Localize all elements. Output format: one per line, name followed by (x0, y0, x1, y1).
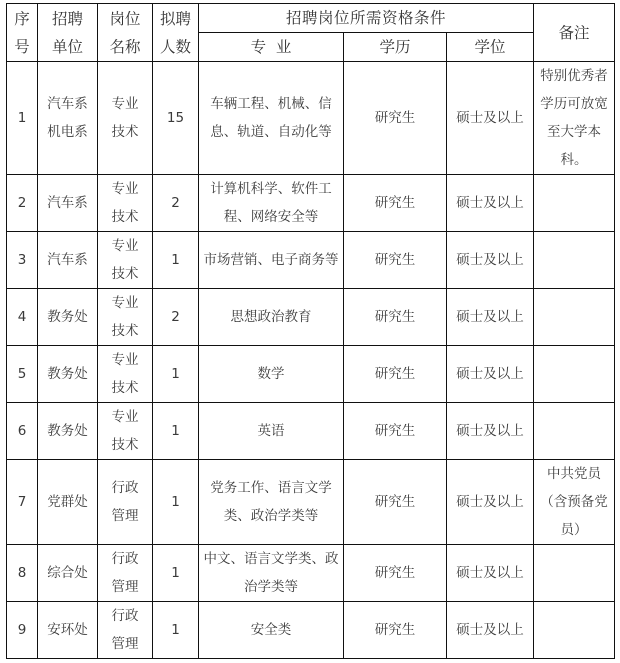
cell-remarks (534, 403, 615, 460)
cell-position: 专业技术 (98, 175, 153, 232)
cell-position-line: 行政 (101, 602, 149, 630)
cell-unit: 教务处 (38, 403, 98, 460)
cell-unit-line: 教务处 (41, 303, 94, 331)
cell-count: 1 (153, 232, 199, 289)
cell-unit-line: 汽车系 (41, 189, 94, 217)
cell-remarks-line: 中共党员 (537, 460, 611, 488)
cell-remarks: 中共党员（含预备党员） (534, 460, 615, 545)
cell-position-line: 专业 (101, 175, 149, 203)
cell-education: 研究生 (344, 346, 447, 403)
cell-major: 思想政治教育 (199, 289, 344, 346)
header-unit: 招聘 单位 (38, 4, 98, 62)
cell-seq: 1 (7, 62, 38, 175)
table-row: 7党群处行政管理1党务工作、语言文学类、政治学类等研究生硕士及以上中共党员（含预… (7, 460, 615, 545)
cell-position-line: 技术 (101, 374, 149, 402)
cell-education: 研究生 (344, 460, 447, 545)
cell-education: 研究生 (344, 289, 447, 346)
cell-remarks-line: 员） (537, 516, 611, 544)
cell-unit: 汽车系机电系 (38, 62, 98, 175)
cell-education: 研究生 (344, 232, 447, 289)
cell-major-line: 思想政治教育 (202, 303, 340, 331)
cell-major-line: 党务工作、语言文学 (202, 474, 340, 502)
cell-major-line: 英语 (202, 417, 340, 445)
cell-degree: 硕士及以上 (447, 62, 534, 175)
cell-position: 专业技术 (98, 346, 153, 403)
cell-position: 专业技术 (98, 232, 153, 289)
cell-remarks (534, 346, 615, 403)
cell-unit: 汽车系 (38, 175, 98, 232)
cell-degree: 硕士及以上 (447, 346, 534, 403)
cell-major-line: 数学 (202, 360, 340, 388)
header-education: 学历 (344, 33, 447, 62)
cell-position-line: 专业 (101, 403, 149, 431)
recruitment-table: 序 号 招聘 单位 岗位 名称 拟聘 人数 招聘岗位所需资格条件 备注 专 业 … (6, 3, 615, 659)
cell-unit: 汽车系 (38, 232, 98, 289)
cell-unit: 综合处 (38, 545, 98, 602)
cell-degree: 硕士及以上 (447, 460, 534, 545)
cell-major: 车辆工程、机械、信息、轨道、自动化等 (199, 62, 344, 175)
cell-education: 研究生 (344, 62, 447, 175)
cell-position-line: 管理 (101, 630, 149, 658)
cell-position-line: 技术 (101, 118, 149, 146)
cell-major: 计算机科学、软件工程、网络安全等 (199, 175, 344, 232)
cell-degree: 硕士及以上 (447, 545, 534, 602)
cell-remarks (534, 602, 615, 659)
cell-seq: 7 (7, 460, 38, 545)
cell-count: 1 (153, 602, 199, 659)
header-seq: 序 号 (7, 4, 38, 62)
header-count-line1: 拟聘 (156, 5, 195, 33)
cell-remarks-line: 特别优秀者 (537, 62, 611, 90)
table-row: 3汽车系专业技术1市场营销、电子商务等研究生硕士及以上 (7, 232, 615, 289)
cell-remarks: 特别优秀者学历可放宽至大学本科。 (534, 62, 615, 175)
cell-seq: 6 (7, 403, 38, 460)
cell-seq: 5 (7, 346, 38, 403)
cell-unit: 安环处 (38, 602, 98, 659)
cell-unit: 党群处 (38, 460, 98, 545)
cell-education: 研究生 (344, 602, 447, 659)
cell-major: 党务工作、语言文学类、政治学类等 (199, 460, 344, 545)
cell-position-line: 行政 (101, 474, 149, 502)
header-position-line2: 名称 (101, 33, 149, 61)
cell-degree: 硕士及以上 (447, 602, 534, 659)
table-body: 1汽车系机电系专业技术15车辆工程、机械、信息、轨道、自动化等研究生硕士及以上特… (7, 62, 615, 659)
cell-count: 1 (153, 460, 199, 545)
header-row-top: 序 号 招聘 单位 岗位 名称 拟聘 人数 招聘岗位所需资格条件 备注 (7, 4, 615, 33)
cell-remarks-line: （含预备党 (537, 488, 611, 516)
cell-count: 2 (153, 175, 199, 232)
cell-remarks (534, 232, 615, 289)
table-row: 2汽车系专业技术2计算机科学、软件工程、网络安全等研究生硕士及以上 (7, 175, 615, 232)
cell-degree: 硕士及以上 (447, 403, 534, 460)
cell-major-line: 中文、语言文学类、政 (202, 545, 340, 573)
cell-position: 专业技术 (98, 62, 153, 175)
cell-major: 安全类 (199, 602, 344, 659)
cell-remarks-line: 至大学本 (537, 118, 611, 146)
cell-major-line: 类、政治学类等 (202, 502, 340, 530)
cell-unit-line: 教务处 (41, 360, 94, 388)
cell-count: 1 (153, 346, 199, 403)
cell-count: 15 (153, 62, 199, 175)
table-row: 5教务处专业技术1数学研究生硕士及以上 (7, 346, 615, 403)
cell-degree: 硕士及以上 (447, 175, 534, 232)
table-row: 8综合处行政管理1中文、语言文学类、政治学类等研究生硕士及以上 (7, 545, 615, 602)
cell-position-line: 专业 (101, 232, 149, 260)
cell-major-line: 市场营销、电子商务等 (202, 246, 340, 274)
cell-position-line: 专业 (101, 289, 149, 317)
cell-unit-line: 汽车系 (41, 246, 94, 274)
header-count-line2: 人数 (156, 33, 195, 61)
cell-unit-line: 教务处 (41, 417, 94, 445)
cell-unit: 教务处 (38, 346, 98, 403)
cell-seq: 8 (7, 545, 38, 602)
cell-unit-line: 汽车系 (41, 90, 94, 118)
cell-major-line: 车辆工程、机械、信 (202, 90, 340, 118)
cell-seq: 3 (7, 232, 38, 289)
cell-position-line: 技术 (101, 317, 149, 345)
header-seq-line2: 号 (10, 33, 34, 61)
cell-position: 行政管理 (98, 602, 153, 659)
cell-unit: 教务处 (38, 289, 98, 346)
cell-seq: 2 (7, 175, 38, 232)
cell-position-line: 技术 (101, 260, 149, 288)
cell-education: 研究生 (344, 175, 447, 232)
cell-remarks (534, 289, 615, 346)
header-position-line1: 岗位 (101, 5, 149, 33)
cell-major-line: 程、网络安全等 (202, 203, 340, 231)
cell-position: 专业技术 (98, 403, 153, 460)
header-degree: 学位 (447, 33, 534, 62)
table-row: 6教务处专业技术1英语研究生硕士及以上 (7, 403, 615, 460)
cell-position-line: 专业 (101, 90, 149, 118)
header-conditions-group: 招聘岗位所需资格条件 (199, 4, 534, 33)
table-row: 9安环处行政管理1安全类研究生硕士及以上 (7, 602, 615, 659)
table-row: 4教务处专业技术2思想政治教育研究生硕士及以上 (7, 289, 615, 346)
cell-count: 1 (153, 403, 199, 460)
cell-seq: 9 (7, 602, 38, 659)
cell-major: 数学 (199, 346, 344, 403)
cell-remarks-line: 学历可放宽 (537, 90, 611, 118)
cell-education: 研究生 (344, 403, 447, 460)
cell-unit-line: 党群处 (41, 488, 94, 516)
cell-count: 2 (153, 289, 199, 346)
cell-count: 1 (153, 545, 199, 602)
cell-position-line: 管理 (101, 502, 149, 530)
cell-position-line: 技术 (101, 203, 149, 231)
cell-position: 行政管理 (98, 460, 153, 545)
cell-major-line: 计算机科学、软件工 (202, 175, 340, 203)
table-row: 1汽车系机电系专业技术15车辆工程、机械、信息、轨道、自动化等研究生硕士及以上特… (7, 62, 615, 175)
cell-unit-line: 综合处 (41, 559, 94, 587)
cell-remarks (534, 545, 615, 602)
cell-position: 行政管理 (98, 545, 153, 602)
cell-degree: 硕士及以上 (447, 289, 534, 346)
cell-major: 中文、语言文学类、政治学类等 (199, 545, 344, 602)
cell-seq: 4 (7, 289, 38, 346)
header-position: 岗位 名称 (98, 4, 153, 62)
cell-major: 市场营销、电子商务等 (199, 232, 344, 289)
cell-position-line: 管理 (101, 573, 149, 601)
cell-major: 英语 (199, 403, 344, 460)
header-count: 拟聘 人数 (153, 4, 199, 62)
header-seq-line1: 序 (10, 5, 34, 33)
cell-major-line: 息、轨道、自动化等 (202, 118, 340, 146)
cell-major-line: 安全类 (202, 616, 340, 644)
cell-position-line: 技术 (101, 431, 149, 459)
cell-major-line: 治学类等 (202, 573, 340, 601)
cell-unit-line: 机电系 (41, 118, 94, 146)
header-unit-line1: 招聘 (41, 5, 94, 33)
header-remarks: 备注 (534, 4, 615, 62)
header-major: 专 业 (199, 33, 344, 62)
cell-remarks (534, 175, 615, 232)
cell-education: 研究生 (344, 545, 447, 602)
cell-position-line: 专业 (101, 346, 149, 374)
cell-position-line: 行政 (101, 545, 149, 573)
cell-remarks-line: 科。 (537, 146, 611, 174)
cell-unit-line: 安环处 (41, 616, 94, 644)
cell-position: 专业技术 (98, 289, 153, 346)
header-unit-line2: 单位 (41, 33, 94, 61)
cell-degree: 硕士及以上 (447, 232, 534, 289)
